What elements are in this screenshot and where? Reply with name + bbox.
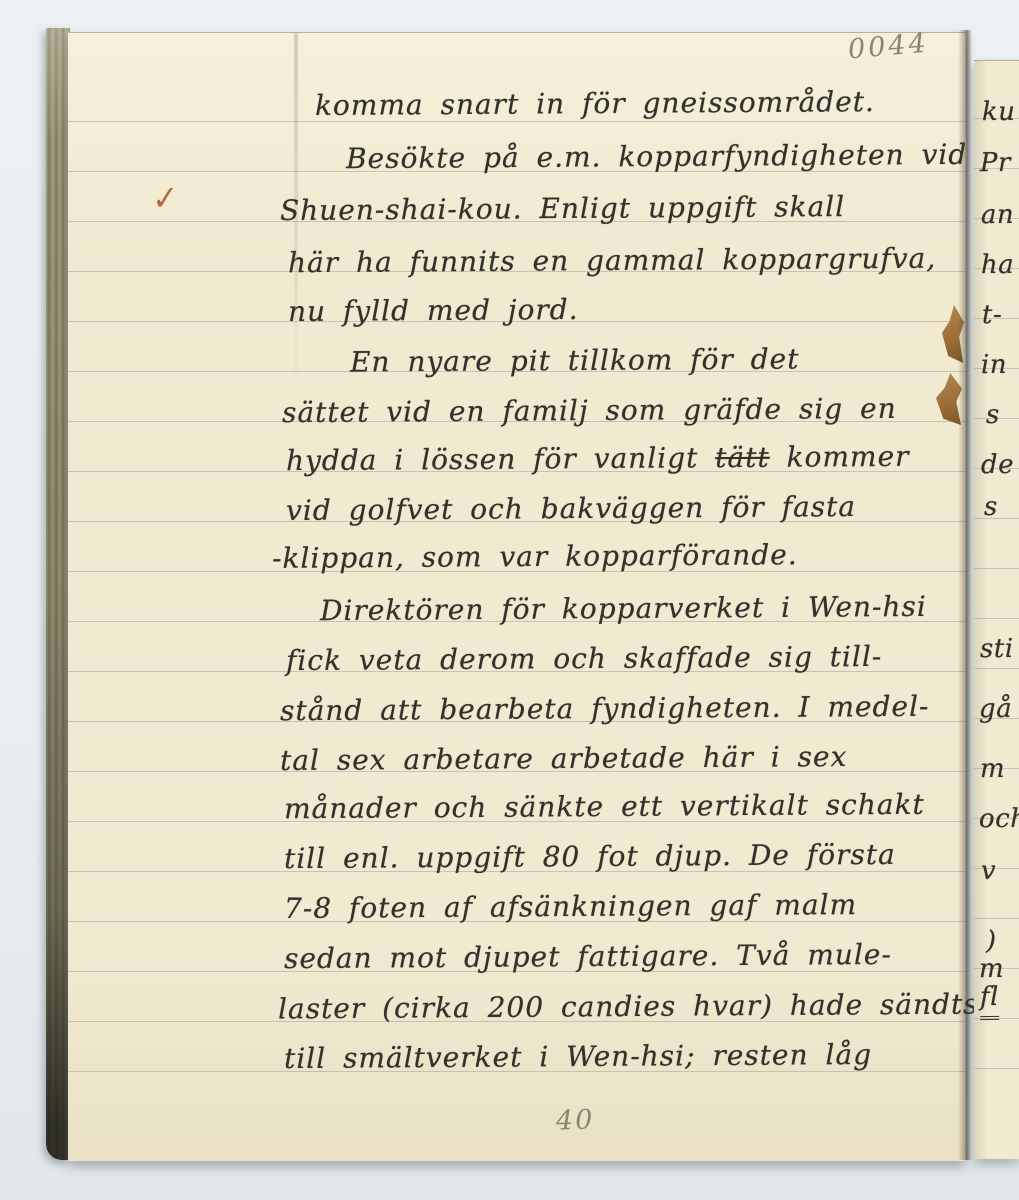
handwriting-segment: hydda i lössen för vanligt [286,441,715,477]
handwriting-fragment: t- [982,297,1002,333]
handwriting-line: hydda i lössen för vanligt tätt kommer [286,439,910,479]
archive-number-pencil: 0044 [847,28,930,66]
handwriting-line: -klippan, som var kopparförande. [272,537,798,577]
struck-word: tätt [715,441,770,474]
handwriting-fragment-underlined: fl [980,979,999,1020]
handwriting-line: nu fylld med jord. [288,292,579,330]
handwriting-line: 7-8 foten af afsänkningen gaf malm [284,887,857,927]
handwriting-fragment: s [986,397,1000,433]
gutter-shadow [958,30,972,1160]
handwriting-segment: kommer [770,440,910,474]
handwriting-fragment: sti [980,631,1014,667]
handwriting-fragment: m [980,751,1005,787]
handwriting-line: här ha funnits en gammal koppargrufva, [288,241,936,282]
handwriting-fragment: ku [982,94,1016,130]
handwriting-line: Direktören för kopparverket i Wen-hsi [320,589,927,629]
handwriting-fragment: an [981,197,1015,233]
notebook-left-page: 0044 ✓ komma snart in för gneissområdet.… [68,32,966,1161]
handwriting-fragment: v [981,853,996,889]
handwriting-fragment: gå [979,691,1012,727]
handwriting-fragment: in [981,347,1007,383]
handwriting-line: stånd att bearbeta fyndigheten. I medel- [280,689,930,730]
handwriting-line: månader och sänkte ett vertikalt schakt [284,787,925,827]
handwriting-fragment: och [979,801,1019,837]
handwriting-line: komma snart in för gneissområdet. [315,84,875,124]
book-binding-page-edges [46,28,70,1160]
handwriting-fragment: s [984,489,998,525]
checkmark-annotation: ✓ [151,177,179,219]
handwriting-line: till enl. uppgift 80 fot djup. De första [284,837,896,877]
handwriting-line: Shuen-shai-kou. Enligt uppgift skall [280,189,845,229]
handwriting-line: sättet vid en familj som gräfde sig en [282,391,897,431]
handwriting-line: till smältverket i Wen-hsi; resten låg [284,1037,872,1077]
handwriting-line: vid golfvet och bakväggen för fasta [286,489,856,529]
handwriting-fragment: de [981,447,1014,483]
handwriting-line: tal sex arbetare arbetade här i sex [280,739,848,779]
handwriting-line: En nyare pit tillkom för det [350,341,800,380]
notebook-right-page-sliver: ku Pr an ha t- in s de s sti gå m och v … [974,60,1019,1159]
handwriting-fragment: ha [981,247,1015,283]
handwriting-line: fick veta derom och skaffade sig till- [286,639,883,679]
handwriting-line: Besökte på e.m. kopparfyndigheten vid [346,137,967,177]
handwriting-line: laster (cirka 200 candies hvar) hade sän… [278,987,979,1028]
page-number-pencil: 40 [555,1104,594,1136]
handwriting-line: sedan mot djupet fattigare. Två mule- [284,937,892,977]
handwriting-fragment: Pr [980,145,1011,181]
